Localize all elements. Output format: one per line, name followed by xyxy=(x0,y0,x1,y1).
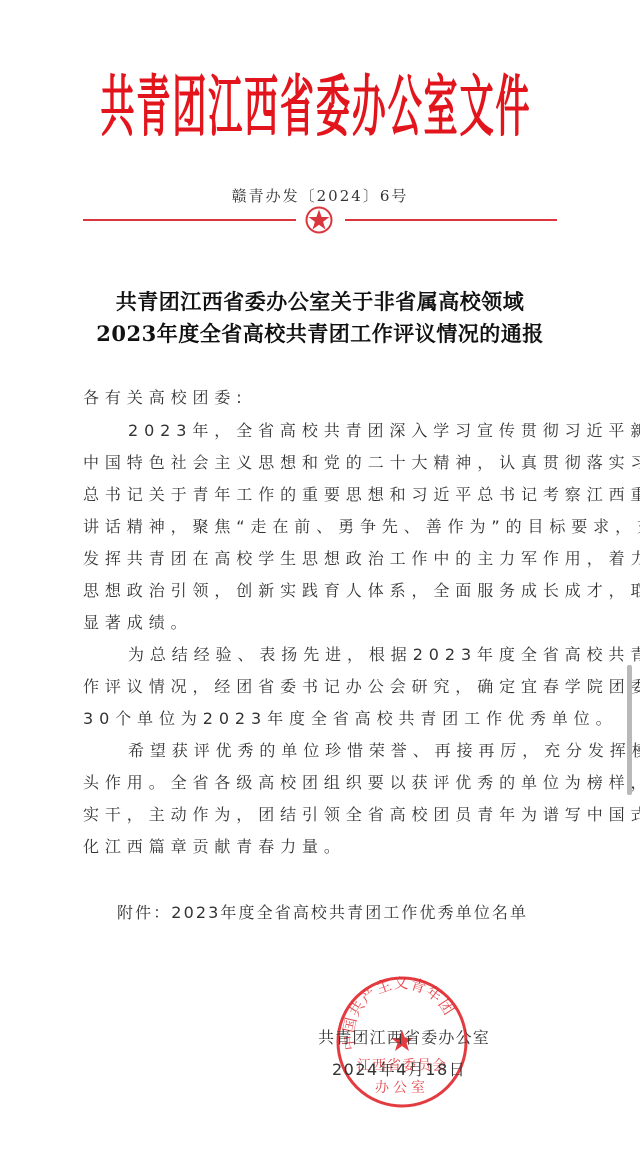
body-line: 为总结经验、表扬先进，根据2023年度全省高校共青团工 xyxy=(128,644,558,666)
body-line: 头作用。全省各级高校团组织要以获评优秀的单位为榜样，担当 xyxy=(83,772,558,794)
masthead-title: 共 青 团 江 西 省 委 办 公 室 文 件 xyxy=(100,72,530,144)
salutation: 各有关高校团委: xyxy=(83,387,558,409)
masthead-char: 文 xyxy=(459,75,494,141)
signing-date: 2024年4月18日 xyxy=(332,1057,466,1080)
body-line: 中国特色社会主义思想和党的二十大精神，认真贯彻落实习近平 xyxy=(83,452,558,474)
signing-organization: 共青团江西省委办公室 xyxy=(318,1025,490,1048)
masthead-char: 委 xyxy=(315,75,350,141)
masthead-char: 团 xyxy=(172,75,207,141)
red-divider-left xyxy=(83,219,296,221)
masthead-char: 公 xyxy=(387,75,422,141)
document-page: 共 青 团 江 西 省 委 办 公 室 文 件 赣青办发〔2024〕6号 共青团… xyxy=(0,0,640,1171)
body-line: 讲话精神，聚焦“走在前、勇争先、善作为”的目标要求，充分 xyxy=(83,516,558,538)
body-line: 发挥共青团在高校学生思想政治工作中的主力军作用，着力加强 xyxy=(83,548,558,570)
masthead-char: 室 xyxy=(423,75,458,141)
masthead-char: 共 xyxy=(100,75,135,141)
body-line: 作评议情况，经团省委书记办公会研究，确定宜春学院团委等 xyxy=(83,676,558,698)
masthead-char: 省 xyxy=(280,75,315,141)
body-line: 希望获评优秀的单位珍惜荣誉、再接再厉，充分发挥模范带 xyxy=(128,740,558,762)
red-star-icon xyxy=(305,206,333,234)
masthead-char: 江 xyxy=(208,75,243,141)
red-divider-right xyxy=(345,219,557,221)
masthead-char: 件 xyxy=(495,75,530,141)
document-number: 赣青办发〔2024〕6号 xyxy=(0,185,640,206)
body-line: 总书记关于青年工作的重要思想和习近平总书记考察江西重要 xyxy=(83,484,558,506)
body-line: 2023年，全省高校共青团深入学习宣传贯彻习近平新时代 xyxy=(128,420,558,442)
scrollbar-thumb[interactable] xyxy=(627,665,632,795)
masthead-char: 西 xyxy=(244,75,279,141)
body-line: 思想政治引领，创新实践育人体系，全面服务成长成才，取得了 xyxy=(83,580,558,602)
body-line: 30个单位为2023年度全省高校共青团工作优秀单位。 xyxy=(83,708,558,730)
document-title-line-1: 共青团江西省委办公室关于非省属高校领域 xyxy=(0,286,640,316)
masthead-char: 青 xyxy=(136,75,171,141)
body-line: 实干，主动作为，团结引领全省高校团员青年为谱写中国式现代 xyxy=(83,804,558,826)
svg-text:办公室: 办公室 xyxy=(375,1079,429,1096)
body-line: 化江西篇章贡献青春力量。 xyxy=(83,836,558,858)
document-title-line-2: 2023年度全省高校共青团工作评议情况的通报 xyxy=(0,318,640,348)
masthead-char: 办 xyxy=(351,75,386,141)
body-line: 显著成绩。 xyxy=(83,612,558,634)
attachment-note: 附件：2023年度全省高校共青团工作优秀单位名单 xyxy=(117,900,528,923)
